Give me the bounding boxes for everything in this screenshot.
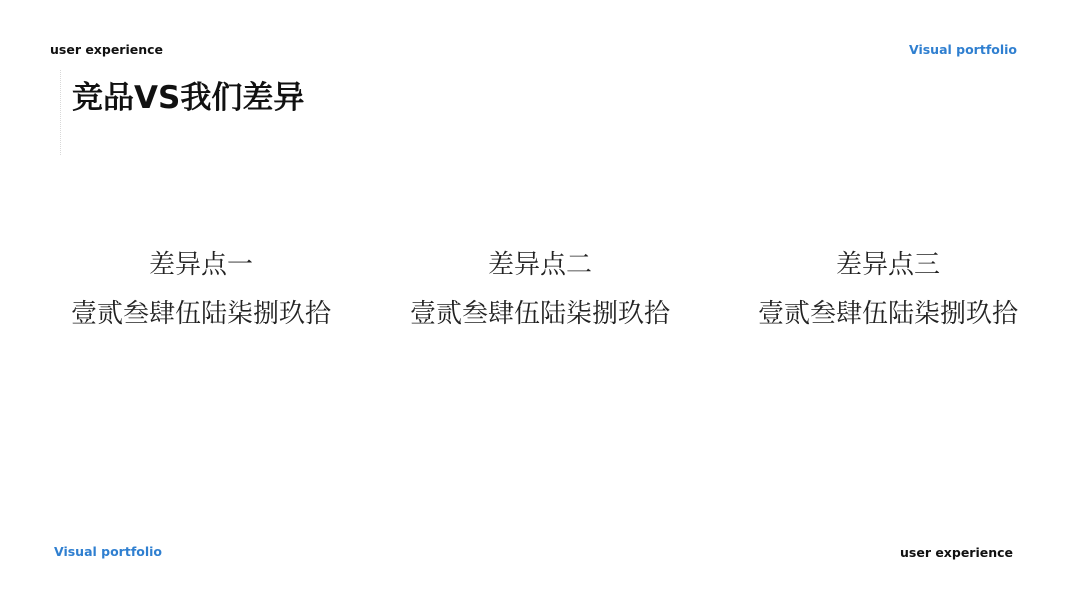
footer-user-experience-label: user experience bbox=[900, 545, 1013, 560]
difference-heading: 差异点一 bbox=[31, 248, 371, 282]
header-visual-portfolio-label: Visual portfolio bbox=[909, 42, 1017, 57]
page-title: 竞品VS我们差异 bbox=[72, 72, 304, 117]
header-user-experience-label: user experience bbox=[50, 42, 163, 57]
footer-visual-portfolio-label: Visual portfolio bbox=[54, 544, 162, 559]
difference-text: 壹贰叁肆伍陆柒捌玖拾 bbox=[31, 297, 371, 331]
difference-point-1: 差异点一 壹贰叁肆伍陆柒捌玖拾 bbox=[31, 248, 371, 331]
title-divider-line bbox=[60, 70, 61, 155]
difference-point-3: 差异点三 壹贰叁肆伍陆柒捌玖拾 bbox=[718, 248, 1058, 331]
difference-heading: 差异点二 bbox=[370, 248, 710, 282]
difference-text: 壹贰叁肆伍陆柒捌玖拾 bbox=[718, 297, 1058, 331]
difference-heading: 差异点三 bbox=[718, 248, 1058, 282]
difference-point-2: 差异点二 壹贰叁肆伍陆柒捌玖拾 bbox=[370, 248, 710, 331]
difference-text: 壹贰叁肆伍陆柒捌玖拾 bbox=[370, 297, 710, 331]
